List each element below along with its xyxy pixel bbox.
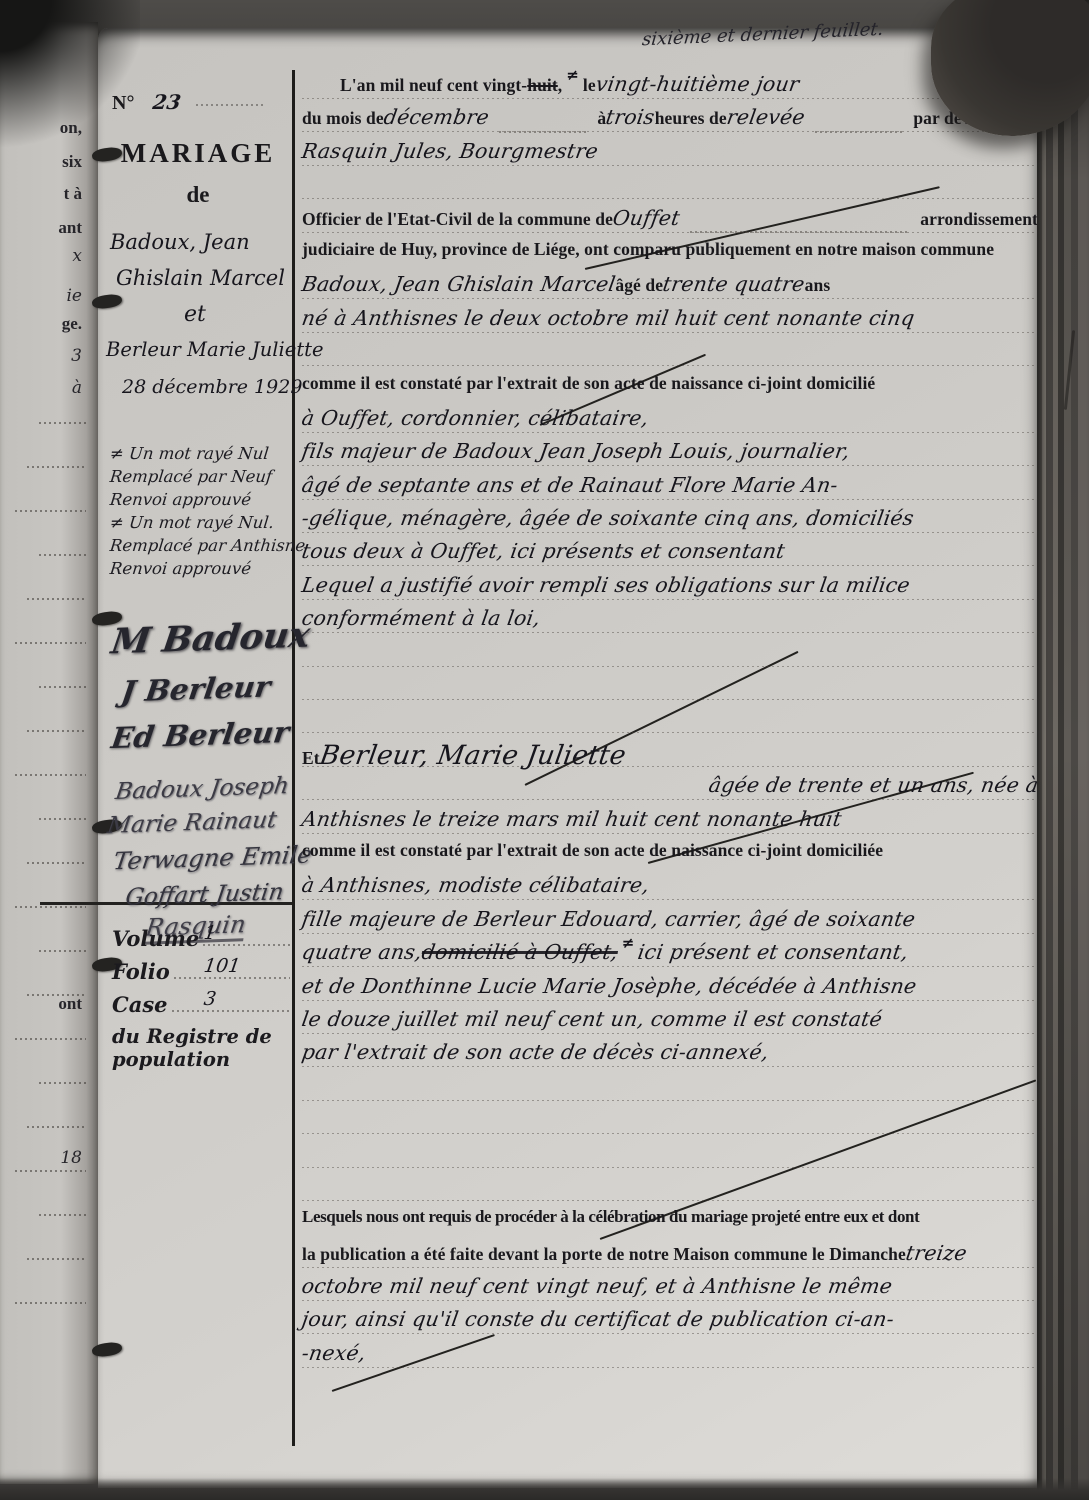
prev-page-dotted-line: [27, 862, 86, 864]
signature: J Berleur: [119, 669, 273, 708]
printed-form-text: la publication a été faite devant la por…: [302, 1244, 906, 1265]
handwritten-text: tous deux à Ouffet, ici présents et cons…: [300, 539, 787, 563]
printed-form-text: ans: [805, 275, 831, 296]
printed-form-text: arrondissement: [920, 209, 1038, 230]
act-text-line: Badoux, Jean Ghislain Marcel âgé de tren…: [302, 272, 1038, 305]
act-text-line: à Anthisnes, modiste célibataire,: [302, 873, 1038, 906]
prev-page-dotted-line: [15, 510, 86, 512]
prev-page-text-fragment: t à: [64, 184, 82, 204]
signature: Marie Rainaut: [106, 807, 279, 839]
holding-thumb: [931, 0, 1089, 136]
margin-act-date: 28 décembre 1929: [122, 376, 306, 398]
act-text-line: par l'extrait de son acte de décès ci-an…: [302, 1040, 1038, 1073]
handwritten-text: treize: [904, 1241, 969, 1265]
registry-folio-row: Folio 101: [112, 959, 294, 984]
dotted-leader: [196, 104, 266, 106]
printed-form-text: comme il est constaté par l'extrait de s…: [302, 840, 883, 861]
prev-page-dotted-line: [39, 554, 86, 556]
prev-page-dotted-line: [27, 994, 86, 996]
folio-label: Folio: [112, 959, 170, 984]
handwritten-text: quatre ans,: [300, 940, 424, 964]
correction-note-line: ≠ Un mot rayé Nul: [109, 442, 297, 465]
prev-page-dotted-line: [15, 1302, 86, 1304]
previous-page-sliver: on,sixt àantxiege.3àont18: [0, 22, 98, 1484]
act-text-line: quatre ans, domicilié à Ouffet,≠ ici pré…: [302, 940, 1038, 973]
blank-dotted-line: [302, 1074, 1038, 1107]
handwritten-text: Badoux, Jean Ghislain Marcel: [300, 272, 617, 296]
blank-dotted-line: [302, 339, 1038, 372]
registry-register-row: du Registre de population: [112, 1025, 294, 1071]
act-text-line: la publication a été faite devant la por…: [302, 1241, 1038, 1274]
blank-dotted-line: [302, 673, 1038, 706]
printed-form-text: Lesquels nous ont requis de procéder à l…: [302, 1207, 919, 1227]
act-text-line: octobre mil neuf cent vingt neuf, et à A…: [302, 1274, 1038, 1307]
handwritten-text: âgé de septante ans et de Rainaut Flore …: [300, 473, 840, 497]
act-text-line: comme il est constaté par l'extrait de s…: [302, 373, 1038, 406]
handwritten-text: relevée: [725, 105, 807, 129]
handwritten-text: jour, ainsi qu'il conste du certificat d…: [300, 1307, 896, 1331]
blank-dotted-line: [302, 172, 1038, 205]
prev-page-text-fragment: x: [72, 246, 82, 266]
printed-form-text: du mois de: [302, 108, 384, 129]
renvoi-mark: ≠: [622, 934, 635, 952]
act-text-line: fils majeur de Badoux Jean Joseph Louis,…: [302, 439, 1038, 472]
act-text-line: L'an mil neuf cent vingt-huit,≠ le vingt…: [302, 72, 1038, 105]
prev-page-dotted-line: [27, 1258, 86, 1260]
signature: M Badoux: [109, 615, 313, 663]
handwritten-text: trente quatre: [661, 272, 806, 296]
act-text-line: comme il est constaté par l'extrait de s…: [302, 840, 1038, 873]
blank-dotted-line: [302, 1107, 1038, 1140]
act-text-line: né à Anthisnes le deux octobre mil huit …: [302, 306, 1038, 339]
case-label: Case: [112, 992, 168, 1017]
book-edge-shading: [1037, 0, 1089, 1500]
prev-page-dotted-line: [15, 1170, 86, 1172]
correction-note-line: Renvoi approuvé: [109, 488, 297, 511]
act-number-value: 23: [152, 90, 183, 114]
handwritten-text: -nexé,: [300, 1341, 367, 1365]
scanned-register-photo: on,sixt àantxiege.3àont18 N° 23 MARIAGE …: [0, 0, 1089, 1500]
signature: Terwagne Emile: [111, 841, 313, 876]
handwritten-text: ici présent et consentant,: [636, 940, 910, 964]
volume-label: Volume: [112, 926, 199, 951]
prev-page-dotted-line: [39, 422, 86, 424]
handwritten-text: le douze juillet mil neuf cent un, comme…: [300, 1007, 884, 1031]
register-page: N° 23 MARIAGE de Badoux, Jean Ghislain M…: [98, 28, 1038, 1488]
prev-page-dotted-line: [27, 1126, 86, 1128]
prev-page-text-fragment: ge.: [62, 314, 82, 334]
margin-bride-name: Berleur Marie Juliette: [106, 338, 290, 361]
printed-form-text: comme il est constaté par l'extrait de s…: [302, 373, 875, 394]
prev-page-dotted-line: [27, 730, 86, 732]
act-text-line: judiciaire de Huy, province de Liége, on…: [302, 239, 1038, 272]
handwritten-text: fils majeur de Badoux Jean Joseph Louis,…: [300, 439, 851, 463]
act-text-line: Officier de l'Etat-Civil de la commune d…: [302, 206, 1038, 239]
prev-page-dotted-line: [39, 818, 86, 820]
act-text-line: Lequel a justifié avoir rempli ses oblig…: [302, 573, 1038, 606]
act-text-line: du mois de décembreà trois heures de rel…: [302, 105, 1038, 138]
handwritten-text: -gélique, ménagère, âgée de soixante cin…: [300, 506, 916, 530]
prev-page-text-fragment: six: [62, 152, 82, 172]
prev-page-dotted-line: [27, 598, 86, 600]
handwritten-text: et de Donthinne Lucie Marie Josèphe, déc…: [300, 974, 918, 998]
act-text-line: jour, ainsi qu'il conste du certificat d…: [302, 1307, 1038, 1340]
act-body-text: L'an mil neuf cent vingt-huit,≠ le vingt…: [302, 72, 1038, 1374]
page-bottom-shadow: [0, 1478, 1089, 1500]
dotted-fill: [690, 231, 911, 233]
blank-dotted-line: [302, 1141, 1038, 1174]
act-text-line: Et Berleur, Marie Juliette: [302, 740, 1038, 773]
handwritten-text: décembre: [382, 105, 491, 129]
margin-groom-name-line2: Ghislain Marcel: [116, 266, 300, 290]
handwritten-text: Berleur, Marie Juliette: [317, 740, 628, 771]
act-subtitle: de: [106, 182, 290, 208]
prev-page-dotted-line: [27, 466, 86, 468]
printed-form-text: ,: [558, 75, 562, 96]
printed-form-text: âgé de: [615, 275, 663, 296]
prev-page-text-fragment: à: [72, 378, 82, 398]
act-text-line: conformément à la loi,: [302, 606, 1038, 639]
blank-dotted-line: [302, 640, 1038, 673]
handwritten-text: conformément à la loi,: [300, 606, 542, 630]
handwritten-text: Ouffet: [611, 206, 682, 230]
act-text-line: Lesquels nous ont requis de procéder à l…: [302, 1207, 1038, 1240]
prev-page-dotted-line: [15, 774, 86, 776]
renvoi-mark: ≠: [566, 66, 579, 84]
prev-page-text-fragment: 3: [71, 346, 82, 366]
dotted-leader: [174, 977, 290, 979]
act-text-line: tous deux à Ouffet, ici présents et cons…: [302, 539, 1038, 572]
handwritten-text: Rasquin Jules, Bourgmestre: [300, 139, 600, 163]
printed-form-text: Officier de l'Etat-Civil de la commune d…: [302, 209, 613, 230]
prev-page-dotted-line: [39, 950, 86, 952]
act-number: N° 23: [112, 90, 296, 115]
prev-page-text-fragment: on,: [60, 118, 82, 138]
act-text-line: -gélique, ménagère, âgée de soixante cin…: [302, 506, 1038, 539]
registry-case-row: Case 3: [112, 992, 294, 1017]
signature: Badoux Joseph: [114, 773, 291, 805]
margin-correction-notes: ≠ Un mot rayé NulRemplacé par NeufRenvoi…: [110, 442, 296, 580]
act-text-line: fille majeure de Berleur Edouard, carrie…: [302, 907, 1038, 940]
prev-page-dotted-line: [15, 1038, 86, 1040]
prev-page-text-fragment: ont: [58, 994, 82, 1014]
act-text-line: âgée de trente et un ans, née à: [302, 773, 1038, 806]
act-text-line: à Ouffet, cordonnier, célibataire,: [302, 406, 1038, 439]
correction-note-line: ≠ Un mot rayé Nul.: [109, 511, 297, 534]
correction-note-line: Remplacé par Neuf: [109, 465, 297, 488]
register-label: du Registre de population: [112, 1025, 294, 1071]
prev-page-text-fragment: ie: [67, 286, 83, 306]
handwritten-text: trois: [604, 105, 656, 129]
signature: Goffart Justin: [124, 879, 286, 910]
printed-form-text: Et: [302, 748, 320, 769]
blank-dotted-line: [302, 1174, 1038, 1207]
dotted-fill: [815, 131, 904, 133]
handwritten-text: âgée de trente et un ans, née à: [707, 773, 1040, 797]
prev-page-dotted-line: [39, 1082, 86, 1084]
margin-groom-name-line1: Badoux, Jean: [110, 230, 294, 254]
prev-page-dotted-line: [15, 642, 86, 644]
act-text-line: Anthisnes le treize mars mil huit cent n…: [302, 807, 1038, 840]
act-text-line: le douze juillet mil neuf cent un, comme…: [302, 1007, 1038, 1040]
handwritten-text: à Ouffet, cordonnier, célibataire,: [300, 406, 650, 430]
dotted-fill: [499, 131, 588, 133]
correction-note-line: Renvoi approuvé: [109, 557, 297, 580]
correction-note-line: Remplacé par Anthisne: [109, 534, 297, 557]
volume-value: 1: [202, 922, 217, 944]
handwritten-text: vingt-huitième jour: [594, 72, 801, 96]
handwritten-text: né à Anthisnes le deux octobre mil huit …: [300, 306, 916, 330]
dotted-leader: [172, 1010, 290, 1012]
prev-page-dotted-line: [15, 906, 86, 908]
act-text-line: -nexé,: [302, 1341, 1038, 1374]
handwritten-text: domicilié à Ouffet,: [420, 940, 620, 964]
act-text-line: et de Donthinne Lucie Marie Josèphe, déc…: [302, 974, 1038, 1007]
registry-volume-row: Volume 1: [112, 926, 294, 951]
folio-value: 101: [202, 955, 241, 977]
act-text-line: Rasquin Jules, Bourgmestre: [302, 139, 1038, 172]
prev-page-dotted-line: [39, 1214, 86, 1216]
printed-form-text: huit: [527, 75, 558, 96]
blank-dotted-line: [302, 706, 1038, 739]
prev-page-text-fragment: ant: [58, 218, 82, 238]
handwritten-text: par l'extrait de son acte de décès ci-an…: [300, 1040, 770, 1064]
printed-form-text: L'an mil neuf cent vingt-: [340, 75, 527, 96]
prev-page-dotted-line: [39, 686, 86, 688]
handwritten-text: Lequel a justifié avoir rempli ses oblig…: [300, 573, 912, 597]
act-title: MARIAGE: [106, 138, 290, 169]
handwritten-text: Anthisnes le treize mars mil huit cent n…: [300, 807, 843, 831]
handwritten-text: octobre mil neuf cent vingt neuf, et à A…: [300, 1274, 894, 1298]
dotted-leader: [203, 944, 290, 946]
prev-page-text-fragment: 18: [60, 1148, 82, 1168]
signature: Ed Berleur: [109, 715, 291, 755]
printed-form-text: judiciaire de Huy, province de Liége, on…: [302, 239, 994, 260]
printed-form-text: heures de: [655, 108, 727, 129]
handwritten-text: fille majeure de Berleur Edouard, carrie…: [300, 907, 917, 931]
act-number-label: N°: [112, 92, 134, 114]
act-text-line: âgé de septante ans et de Rainaut Flore …: [302, 473, 1038, 506]
case-value: 3: [202, 988, 217, 1010]
handwritten-text: à Anthisnes, modiste célibataire,: [300, 873, 651, 897]
